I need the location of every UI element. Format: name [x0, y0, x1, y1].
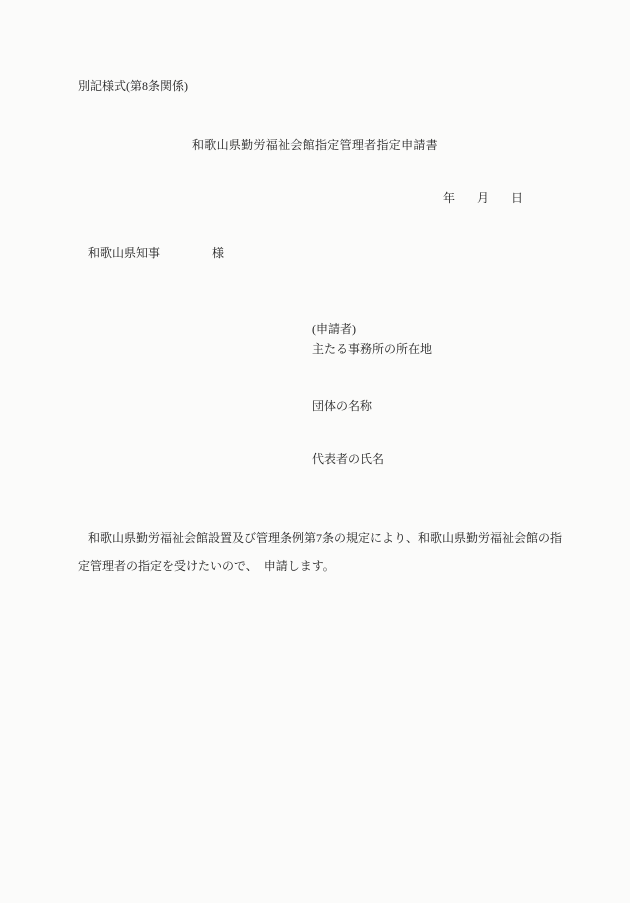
date-day-label: 日 [511, 191, 523, 205]
date-year-label: 年 [443, 191, 455, 205]
date-month-label: 月 [477, 191, 489, 205]
document-page: 別記様式(第8条関係) 和歌山県勤労福祉会館指定管理者指定申請書 年 月 日 和… [0, 0, 630, 903]
applicant-heading: (申請者) [312, 322, 356, 336]
body-paragraph-line-1: 和歌山県勤労福祉会館設置及び管理条例第7条の規定により、和歌山県勤労福祉会館の指 [88, 531, 562, 545]
addressee-honorific: 様 [212, 246, 224, 260]
body-paragraph-line-2: 定管理者の指定を受けたいので、 申請します。 [78, 559, 335, 573]
form-note: 別記様式(第8条関係) [78, 79, 188, 93]
field-label-representative-name: 代表者の氏名 [312, 452, 384, 466]
field-label-organization-name: 団体の名称 [312, 399, 372, 413]
field-label-office-address: 主たる事務所の所在地 [312, 342, 432, 356]
document-title: 和歌山県勤労福祉会館指定管理者指定申請書 [0, 138, 630, 152]
addressee-name: 和歌山県知事 [88, 246, 160, 260]
date-line: 年 月 日 [443, 191, 523, 205]
addressee-line: 和歌山県知事 様 [88, 246, 224, 260]
